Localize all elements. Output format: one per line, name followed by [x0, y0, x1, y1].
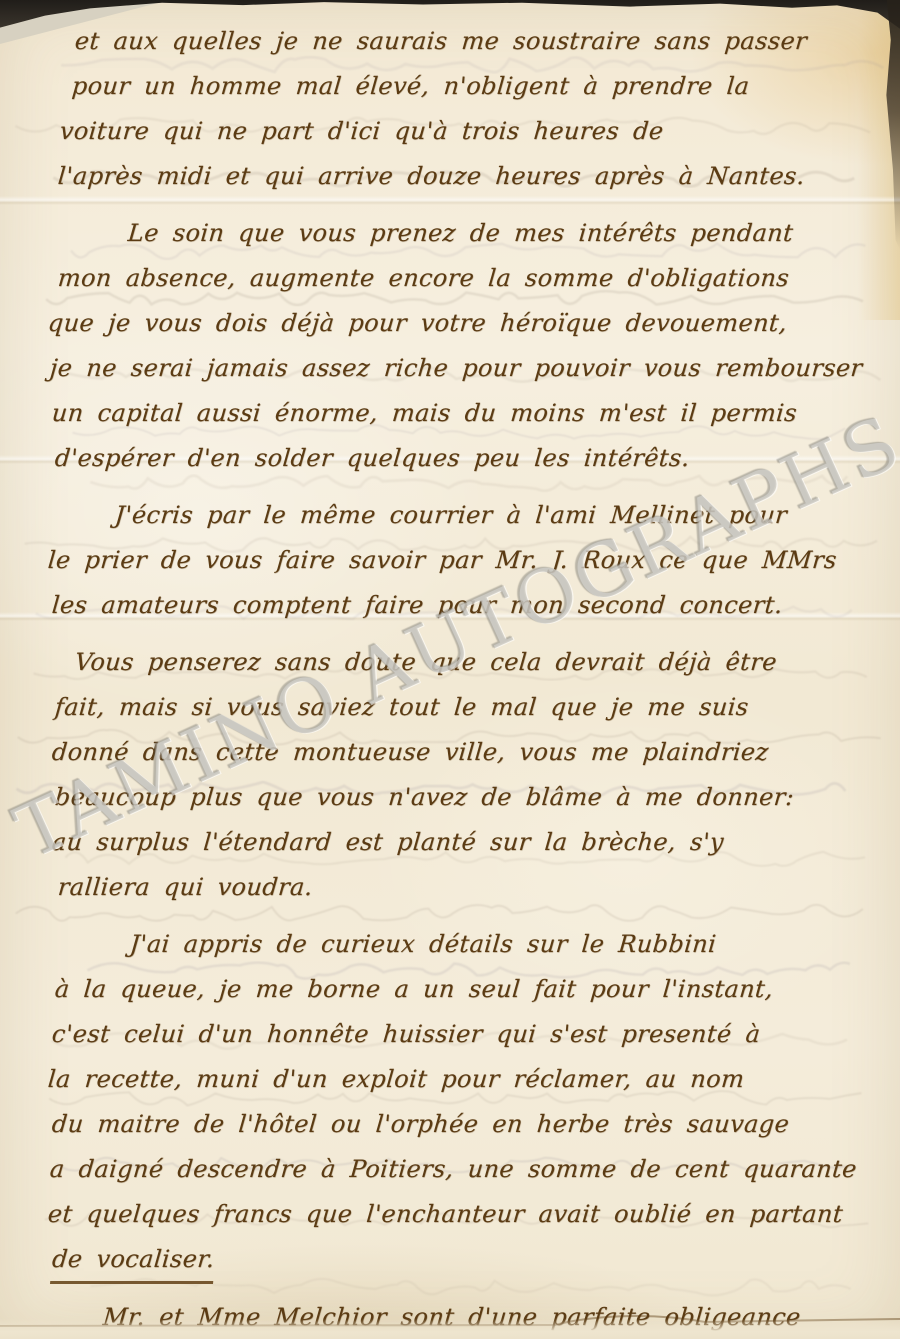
letter-line-text: J'ai appris de curieux détails sur le Ru…	[128, 923, 718, 965]
letter-line: la recette, muni d'un exploit pour récla…	[48, 1058, 886, 1103]
letter-line-text: voiture qui ne part d'ici qu'à trois heu…	[58, 110, 665, 152]
letter-line: et aux quelles je ne saurais me soustrai…	[75, 20, 886, 65]
letter-body: et aux quelles je ne saurais me soustrai…	[58, 20, 886, 1339]
letter-line: un capital aussi énorme, mais du moins m…	[52, 392, 886, 437]
letter-line-text: donné dans cette montueuse ville, vous m…	[50, 731, 770, 773]
paragraph: Vous penserez sans doute que cela devrai…	[58, 641, 886, 911]
letter-line-text: c'est celui d'un honnête huissier qui s'…	[50, 1013, 762, 1055]
letter-line: les amateurs comptent faire pour mon sec…	[52, 584, 886, 629]
letter-line: le prier de vous faire savoir par Mr. J.…	[48, 539, 886, 584]
letter-line-text: pour un homme mal élevé, n'obligent à pr…	[70, 65, 751, 107]
letter-line: l'après midi et qui arrive douze heures …	[58, 155, 886, 200]
letter-line: J'écris par le même courrier à l'ami Mel…	[115, 494, 886, 539]
letter-line-text: un capital aussi énorme, mais du moins m…	[50, 392, 799, 434]
paragraph: et aux quelles je ne saurais me soustrai…	[58, 20, 886, 200]
letter-line-text: a daigné descendre à Poitiers, une somme…	[48, 1148, 859, 1190]
letter-line: et quelques francs que l'enchanteur avai…	[48, 1193, 886, 1238]
letter-line-text: Le soin que vous prenez de mes intérêts …	[126, 212, 795, 254]
letter-line-text: l'après midi et qui arrive douze heures …	[56, 155, 807, 197]
letter-line: Vous penserez sans doute que cela devrai…	[75, 641, 886, 686]
letter-line: a daigné descendre à Poitiers, une somme…	[50, 1148, 886, 1193]
paragraph: J'écris par le même courrier à l'ami Mel…	[58, 494, 886, 629]
letter-line: ralliera qui voudra.	[58, 866, 886, 911]
letter-line: que je vous dois déjà pour votre héroïqu…	[48, 302, 886, 347]
letter-line: du maitre de l'hôtel ou l'orphée en herb…	[52, 1103, 886, 1148]
letter-line: de vocaliser.	[52, 1238, 886, 1284]
letter-line-text: fait, mais si vous saviez tout le mal qu…	[53, 686, 750, 728]
letter-line: je ne serai jamais assez riche pour pouv…	[50, 347, 886, 392]
letter-line-text: beaucoup plus que vous n'avez de blâme à…	[53, 776, 796, 818]
paragraph: Le soin que vous prenez de mes intérêts …	[58, 212, 886, 482]
letter-line: à la queue, je me borne a un seul fait p…	[55, 968, 886, 1013]
letter-line-text: je ne serai jamais assez riche pour pouv…	[48, 347, 864, 389]
letter-line-text: de vocaliser.	[50, 1238, 217, 1284]
letter-line: au surplus l'étendard est planté sur la …	[52, 821, 886, 866]
letter-line-text: à la queue, je me borne a un seul fait p…	[53, 968, 775, 1010]
letter-line: voiture qui ne part d'ici qu'à trois heu…	[60, 110, 886, 155]
letter-line: fait, mais si vous saviez tout le mal qu…	[55, 686, 886, 731]
letter-line: donné dans cette montueuse ville, vous m…	[52, 731, 886, 776]
letter-line: d'espérer d'en solder quelques peu les i…	[55, 437, 886, 482]
letter-line: mon absence, augmente encore la somme d'…	[58, 257, 886, 302]
letter-line-text: et quelques francs que l'enchanteur avai…	[46, 1193, 845, 1235]
letter-line-text: la recette, muni d'un exploit pour récla…	[46, 1058, 746, 1100]
paper-edge-bottom	[0, 1319, 900, 1339]
letter-line-text: le prier de vous faire savoir par Mr. J.…	[46, 539, 838, 581]
letter-line-text: ralliera qui voudra.	[56, 866, 314, 908]
letter-line: beaucoup plus que vous n'avez de blâme à…	[55, 776, 886, 821]
paragraph: J'ai appris de curieux détails sur le Ru…	[58, 923, 886, 1284]
letter-line: J'ai appris de curieux détails sur le Ru…	[130, 923, 886, 968]
letter-line: Le soin que vous prenez de mes intérêts …	[128, 212, 886, 257]
letter-line-text: J'écris par le même courrier à l'ami Mel…	[113, 494, 789, 536]
letter-line-text: au surplus l'étendard est planté sur la …	[50, 821, 726, 863]
letter-line-text: les amateurs comptent faire pour mon sec…	[50, 584, 784, 626]
letter-line-text: d'espérer d'en solder quelques peu les i…	[53, 437, 691, 479]
letter-line-text: que je vous dois déjà pour votre héroïqu…	[46, 302, 789, 344]
letter-line-text: mon absence, augmente encore la somme d'…	[56, 257, 791, 299]
letter-line-text: du maitre de l'hôtel ou l'orphée en herb…	[50, 1103, 791, 1145]
letter-line-text: Vous penserez sans doute que cela devrai…	[73, 641, 779, 683]
letter-line-text: et aux quelles je ne saurais me soustrai…	[73, 20, 809, 62]
letter-line: c'est celui d'un honnête huissier qui s'…	[52, 1013, 886, 1058]
letter-line: pour un homme mal élevé, n'obligent à pr…	[72, 65, 886, 110]
